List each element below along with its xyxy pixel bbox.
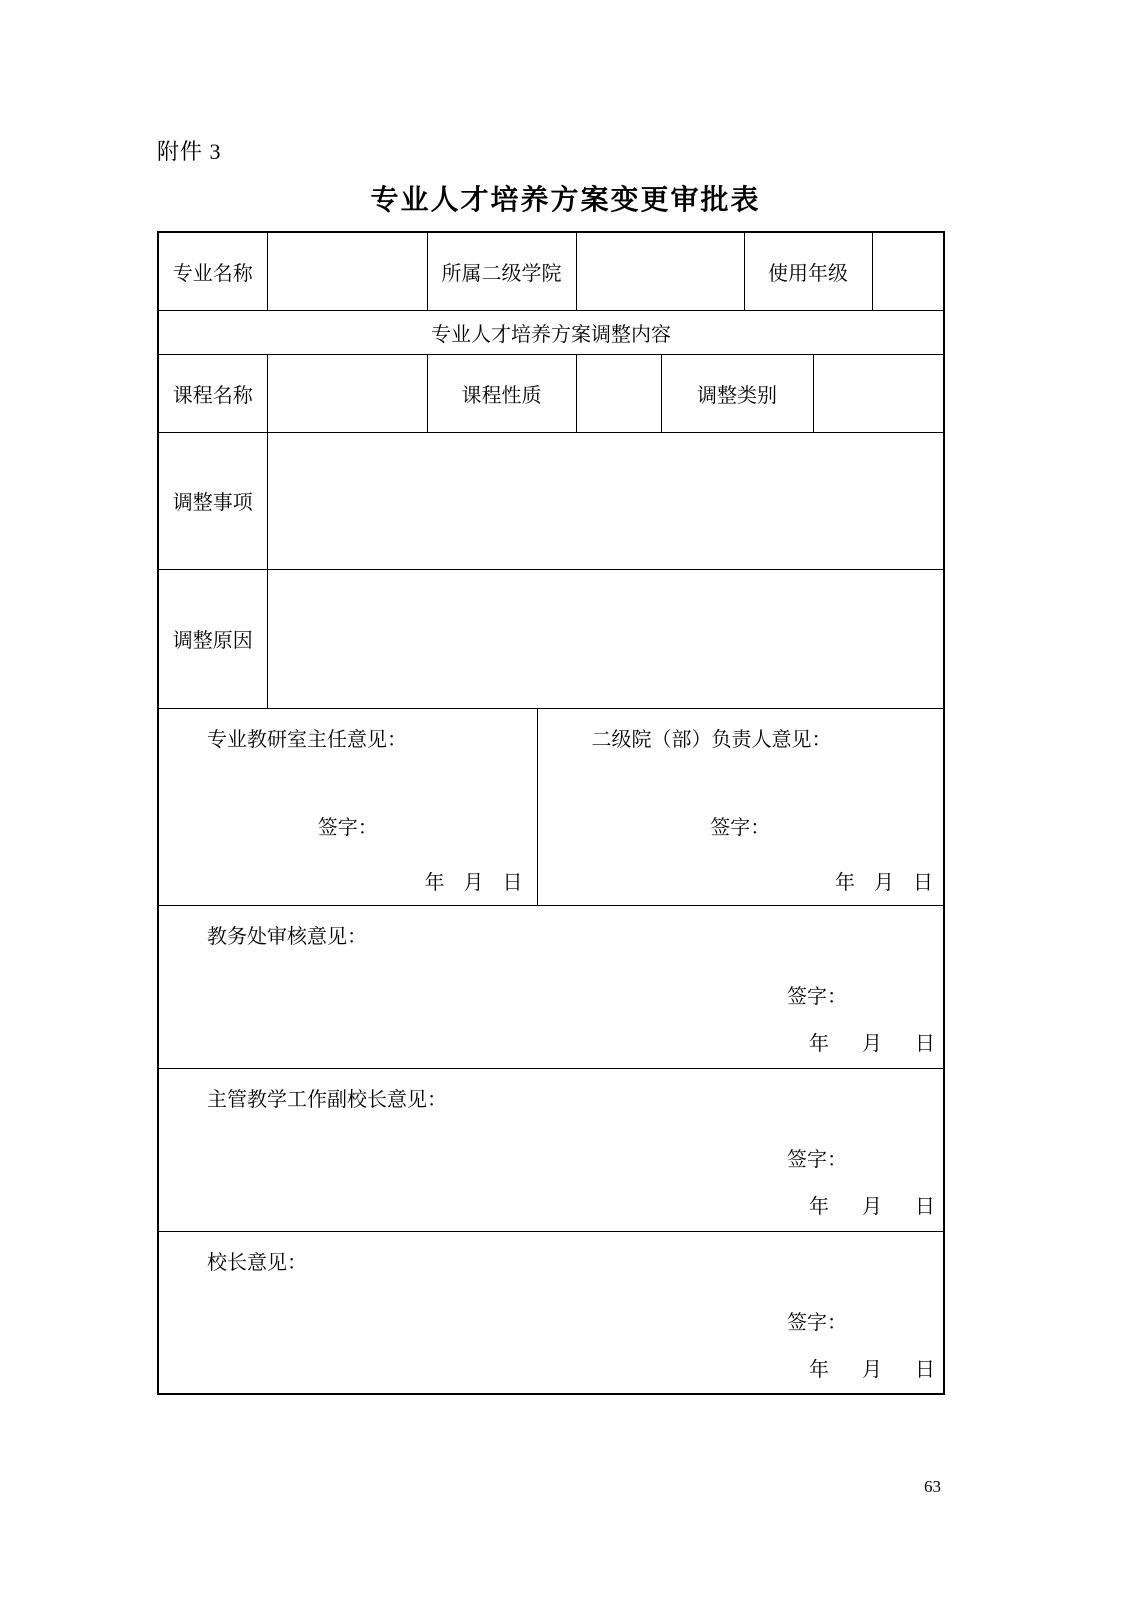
grade-value-cell[interactable] bbox=[872, 232, 944, 310]
college-leader-opinion-label: 二级院（部）负责人意见： bbox=[538, 710, 944, 752]
row-adjust-reason: 调整原因 bbox=[158, 569, 944, 708]
president-opinion-cell[interactable]: 校长意见： 签字： 年 月 日 bbox=[158, 1231, 944, 1394]
course-nature-label: 课程性质 bbox=[427, 354, 576, 432]
research-office-opinion-cell[interactable]: 专业教研室主任意见： 签字： 年 月 日 bbox=[158, 708, 537, 905]
major-name-value-cell[interactable] bbox=[267, 232, 427, 310]
vice-president-opinion-label: 主管教学工作副校长意见： bbox=[159, 1070, 943, 1112]
row-dual-opinions: 专业教研室主任意见： 签字： 年 月 日 二级院（部）负责人意见： 签字： 年 … bbox=[158, 708, 944, 905]
row-course-info: 课程名称 课程性质 调整类别 bbox=[158, 354, 944, 432]
major-name-label: 专业名称 bbox=[158, 232, 267, 310]
academic-affairs-sign-label: 签字： bbox=[159, 980, 943, 1009]
adjust-items-value-cell[interactable] bbox=[267, 432, 944, 569]
row-president-opinion: 校长意见： 签字： 年 月 日 bbox=[158, 1231, 944, 1394]
college-leader-date-label: 年 月 日 bbox=[538, 866, 944, 903]
college-value-cell[interactable] bbox=[576, 232, 744, 310]
vice-president-date-label: 年 月 日 bbox=[159, 1190, 943, 1229]
vice-president-opinion-cell[interactable]: 主管教学工作副校长意见： 签字： 年 月 日 bbox=[158, 1068, 944, 1231]
research-office-date-label: 年 月 日 bbox=[159, 866, 537, 903]
vice-president-sign-label: 签字： bbox=[159, 1143, 943, 1172]
row-major-info: 专业名称 所属二级学院 使用年级 bbox=[158, 232, 944, 310]
row-section-header: 专业人才培养方案调整内容 bbox=[158, 310, 944, 354]
section-header: 专业人才培养方案调整内容 bbox=[158, 310, 944, 354]
academic-affairs-opinion-label: 教务处审核意见： bbox=[159, 907, 943, 949]
adjust-reason-label: 调整原因 bbox=[158, 569, 267, 708]
page-title: 专业人才培养方案变更审批表 bbox=[0, 178, 1131, 218]
adjust-category-value-cell[interactable] bbox=[813, 354, 944, 432]
academic-affairs-opinion-cell[interactable]: 教务处审核意见： 签字： 年 月 日 bbox=[158, 905, 944, 1068]
approval-form-table: 专业名称 所属二级学院 使用年级 专业人才培养方案调整内容 课程名称 课程性质 … bbox=[157, 231, 945, 1395]
research-office-sign-label: 签字： bbox=[159, 811, 537, 840]
adjust-items-label: 调整事项 bbox=[158, 432, 267, 569]
course-name-value-cell[interactable] bbox=[267, 354, 427, 432]
row-adjust-items: 调整事项 bbox=[158, 432, 944, 569]
page-number: 63 bbox=[924, 1477, 941, 1497]
college-leader-sign-label: 签字： bbox=[538, 811, 944, 840]
course-name-label: 课程名称 bbox=[158, 354, 267, 432]
row-academic-affairs-opinion: 教务处审核意见： 签字： 年 月 日 bbox=[158, 905, 944, 1068]
document-page: 附件 3 专业人才培养方案变更审批表 专业名称 所属二级学院 使用年级 专业人才… bbox=[0, 0, 1131, 1600]
president-opinion-label: 校长意见： bbox=[159, 1233, 943, 1275]
college-leader-opinion-cell[interactable]: 二级院（部）负责人意见： 签字： 年 月 日 bbox=[537, 708, 944, 905]
president-date-label: 年 月 日 bbox=[159, 1353, 943, 1392]
course-nature-value-cell[interactable] bbox=[576, 354, 661, 432]
grade-label: 使用年级 bbox=[744, 232, 872, 310]
college-label: 所属二级学院 bbox=[427, 232, 576, 310]
president-sign-label: 签字： bbox=[159, 1306, 943, 1335]
row-vice-president-opinion: 主管教学工作副校长意见： 签字： 年 月 日 bbox=[158, 1068, 944, 1231]
research-office-opinion-label: 专业教研室主任意见： bbox=[159, 710, 537, 752]
adjust-category-label: 调整类别 bbox=[661, 354, 813, 432]
adjust-reason-value-cell[interactable] bbox=[267, 569, 944, 708]
attachment-label: 附件 3 bbox=[157, 135, 222, 166]
academic-affairs-date-label: 年 月 日 bbox=[159, 1027, 943, 1066]
